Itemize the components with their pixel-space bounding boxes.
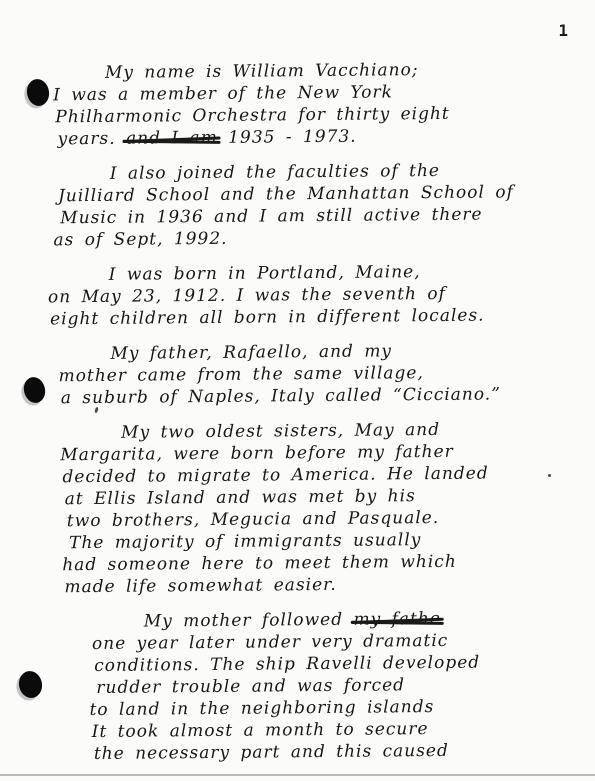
text-segment: It took almost a month to secure [92, 719, 429, 742]
struck-out-text: my fathe [353, 609, 441, 630]
text-segment: decided to migrate to America. He landed [62, 464, 488, 488]
text-segment: on May 23, 1912. I was the seventh of [48, 284, 446, 307]
text-segment: years. [57, 129, 126, 150]
text-segment: mother came from the same village, [59, 363, 424, 386]
text-segment: made life somewhat easier. [64, 575, 336, 597]
text-segment: as of Sept, 1992. [53, 229, 227, 251]
text-segment: I was a member of the New York [53, 82, 393, 105]
text-segment: rudder trouble and was forced [96, 675, 405, 698]
text-segment: to land in the neighboring islands [89, 697, 434, 720]
paragraph: My mother followed my fatheone year late… [92, 607, 586, 765]
punch-hole-icon [16, 669, 44, 700]
text-segment: at Ellis Island and was met by his [65, 486, 416, 509]
text-segment: had someone here to meet them which [62, 552, 457, 575]
handwritten-line: eight children all born in different loc… [50, 304, 581, 331]
paragraph: I also joined the faculties of theJuilli… [56, 159, 582, 252]
text-segment: Philharmonic Orchestra for thirty eight [55, 104, 450, 127]
handwritten-line: made life somewhat easier. [64, 572, 583, 599]
text-segment: Music in 1936 and I am still active ther… [60, 205, 483, 229]
punch-hole-icon [25, 77, 51, 107]
page-number: 1 [558, 21, 568, 40]
text-segment: My father, Rafaello, and my [110, 341, 392, 363]
text-segment: eight children all born in different loc… [50, 306, 485, 330]
text-segment: a suburb of Naples, Italy called “Ciccia… [61, 384, 501, 408]
scanned-page: 1 My name is William Vacchiano;I was a m… [0, 0, 595, 781]
paragraph: I was born in Portland, Maine,on May 23,… [51, 260, 583, 331]
paragraph: My two oldest sisters, May andMargarita,… [64, 418, 585, 599]
text-segment: Juilliard School and the Manhattan Schoo… [58, 182, 514, 206]
handwritten-line: the necessary part and this caused [94, 739, 587, 765]
handwritten-line: as of Sept, 1992. [53, 225, 578, 252]
text-segment: The majority of immigrants usually [69, 530, 421, 553]
scan-edge-artifact [0, 774, 595, 776]
paragraph: My name is William Vacchiano;I was a mem… [55, 58, 581, 151]
manuscript-text: My name is William Vacchiano;I was a mem… [55, 58, 586, 779]
struck-out-text: and I am [126, 128, 218, 149]
text-segment: My two oldest sisters, May and [121, 420, 440, 443]
handwritten-line: years. and I am 1935 - 1973. [57, 124, 582, 151]
text-segment: the necessary part and this caused [94, 741, 449, 764]
text-segment: conditions. The ship Ravelli developed [94, 653, 480, 676]
text-segment: I also joined the faculties of the [110, 161, 440, 184]
text-segment: My name is William Vacchiano; [105, 60, 419, 83]
text-segment: My mother followed [144, 610, 354, 632]
text-segment: 1935 - 1973. [218, 127, 357, 148]
text-segment: one year later under very dramatic [92, 631, 449, 654]
paragraph: My father, Rafaello, and mymother came f… [57, 339, 583, 410]
ink-speck [548, 474, 551, 477]
punch-hole-icon [21, 375, 48, 405]
text-segment: I was born in Portland, Maine, [109, 262, 421, 285]
text-segment: two brothers, Megucia and Pasquale. [67, 508, 440, 531]
text-segment: Margarita, were born before my father [60, 442, 454, 465]
handwritten-line: a suburb of Naples, Italy called “Ciccia… [61, 383, 586, 410]
